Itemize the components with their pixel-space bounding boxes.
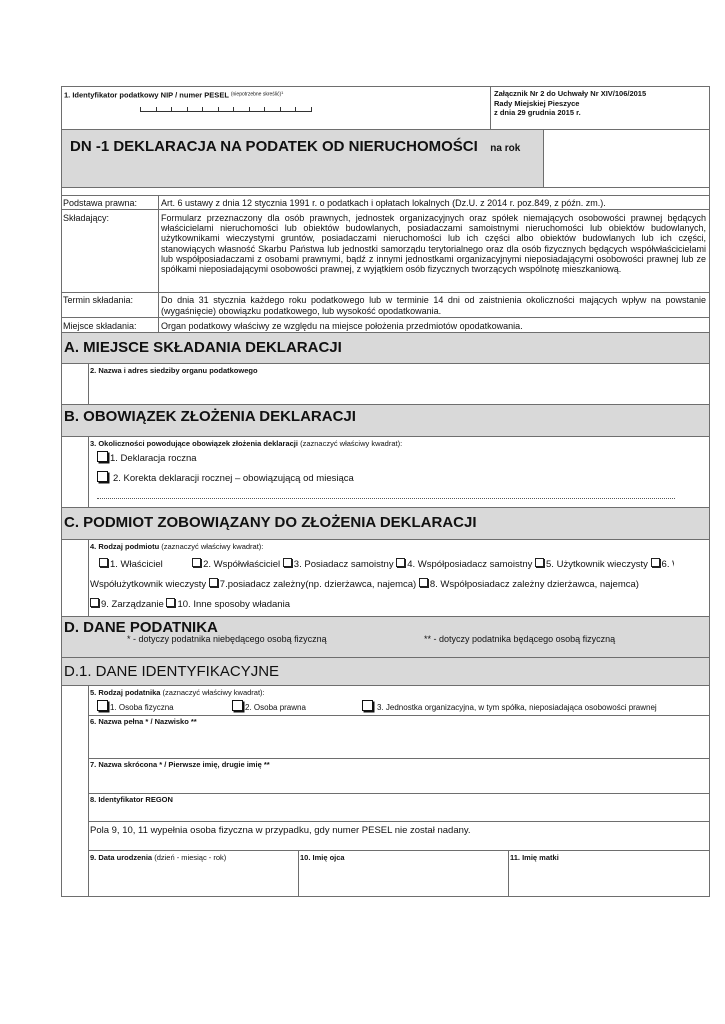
birth-date-field[interactable]: 9. Data urodzenia (dzień - miesiąc - rok… (88, 850, 299, 897)
checkbox-icon[interactable] (232, 700, 243, 711)
entity-option-6[interactable]: 6. Współużytkownik wieczysty (651, 559, 674, 570)
tax-office-field[interactable]: 2. Nazwa i adres siedziby organu podatko… (88, 363, 710, 405)
checkbox-icon[interactable] (209, 578, 218, 587)
checkbox-icon[interactable] (396, 558, 405, 567)
entity-option-2[interactable]: 2. Współwłaściciel (192, 559, 280, 570)
note-natural-person: ** - dotyczy podatnika będącego osobą fi… (424, 634, 615, 644)
checkbox-icon[interactable] (97, 471, 108, 482)
checkbox-icon[interactable] (97, 451, 108, 462)
section-d1-header: D.1. DANE IDENTYFIKACYJNE (61, 657, 710, 686)
mother-name-field[interactable]: 11. Imię matki (508, 850, 710, 897)
entity-option-7[interactable]: 7.posiadacz zależny(np. dzierżawca, naje… (209, 579, 416, 590)
section-a-margin (61, 363, 89, 405)
checkbox-icon[interactable] (283, 558, 292, 567)
entity-type-field: 4. Rodzaj podmiotu (zaznaczyć właściwy k… (61, 539, 710, 617)
pesel-note-row: Pola 9, 10, 11 wypełnia osoba fizyczna w… (88, 821, 710, 851)
checkbox-icon[interactable] (90, 598, 99, 607)
taxpayer-type-field: 5. Rodzaj podatnika (zaznaczyć właściwy … (88, 685, 710, 716)
short-name-field[interactable]: 7. Nazwa skrócona * / Pierwsze imię, dru… (88, 758, 710, 794)
form-year-label: na rok (490, 143, 520, 154)
entity-option-8[interactable]: 8. Współposiadacz zależny dzierżawca, na… (419, 579, 639, 590)
note-legal-entity: * - dotyczy podatnika niebędącego osobą … (127, 634, 327, 644)
entity-option-3[interactable]: 3. Posiadacz samoistny (283, 559, 394, 570)
correction-month-input[interactable] (97, 495, 675, 499)
section-b-margin (61, 436, 89, 508)
section-b-header: B. OBOWIĄZEK ZŁOŻENIA DEKLARACJI (61, 404, 710, 437)
checkbox-icon[interactable] (99, 558, 108, 567)
checkbox-icon[interactable] (362, 700, 373, 711)
section-d1-margin (61, 685, 89, 897)
nip-pesel-field[interactable]: 1. Identyfikator podatkowy NIP / numer P… (61, 86, 491, 130)
entity-option-10[interactable]: 10. Inne sposoby władania (166, 599, 290, 610)
form-title-block: DN -1 DEKLARACJA NA PODATEK OD NIERUCHOM… (61, 129, 544, 188)
section-c-header: C. PODMIOT ZOBOWIĄZANY DO ZŁOŻENIA DEKLA… (61, 507, 710, 540)
nip-pesel-label: 1. Identyfikator podatkowy NIP / numer P… (64, 90, 283, 100)
checkbox-icon[interactable] (166, 598, 175, 607)
checkbox-icon[interactable] (97, 700, 108, 711)
father-name-field[interactable]: 10. Imię ojca (298, 850, 509, 897)
taxpayer-type-natural[interactable]: 1. Osoba fizyczna (97, 700, 174, 712)
checkbox-icon[interactable] (419, 578, 428, 587)
option-correction[interactable]: 2. Korekta deklaracji rocznej – obowiązu… (97, 471, 354, 484)
option-annual-declaration[interactable]: 1. Deklaracja roczna (97, 451, 197, 464)
checkbox-icon[interactable] (651, 558, 660, 567)
info-row-legal-basis: Podstawa prawna: Art. 6 ustawy z dnia 12… (61, 195, 710, 210)
entity-option-9[interactable]: 9. Zarządzanie (90, 599, 164, 610)
info-row-submitter: Składający: Formularz przeznaczony dla o… (61, 209, 710, 293)
entity-option-6-cont: Współużytkownik wieczysty (90, 579, 206, 590)
entity-option-5[interactable]: 5. Użytkownik wieczysty (535, 559, 648, 570)
checkbox-icon[interactable] (192, 558, 201, 567)
info-row-place: Miejsce składania: Organ podatkowy właśc… (61, 317, 710, 333)
taxpayer-type-organization[interactable]: 3. Jednostka organizacyjna, w tym spółka… (362, 700, 657, 712)
attachment-info: Załącznik Nr 2 do Uchwały Nr XIV/106/201… (490, 86, 710, 130)
nip-digit-ticks (140, 105, 312, 112)
full-name-field[interactable]: 6. Nazwa pełna * / Nazwisko ** (88, 715, 710, 759)
obligation-field: 3. Okoliczności powodujące obowiązek zło… (88, 436, 710, 508)
section-d-header: D. DANE PODATNIKA * - dotyczy podatnika … (61, 616, 710, 658)
year-field[interactable] (543, 129, 710, 188)
info-row-deadline: Termin składania: Do dnia 31 stycznia ka… (61, 292, 710, 318)
entity-option-4[interactable]: 4. Współposiadacz samoistny (396, 559, 532, 570)
taxpayer-type-legal[interactable]: 2. Osoba prawna (232, 700, 306, 712)
regon-field[interactable]: 8. Identyfikator REGON (88, 793, 710, 822)
section-a-header: A. MIEJSCE SKŁADANIA DEKLARACJI (61, 332, 710, 364)
entity-option-1[interactable]: 1. Właściciel (99, 559, 163, 570)
checkbox-icon[interactable] (535, 558, 544, 567)
form-title: DN -1 DEKLARACJA NA PODATEK OD NIERUCHOM… (70, 138, 478, 155)
